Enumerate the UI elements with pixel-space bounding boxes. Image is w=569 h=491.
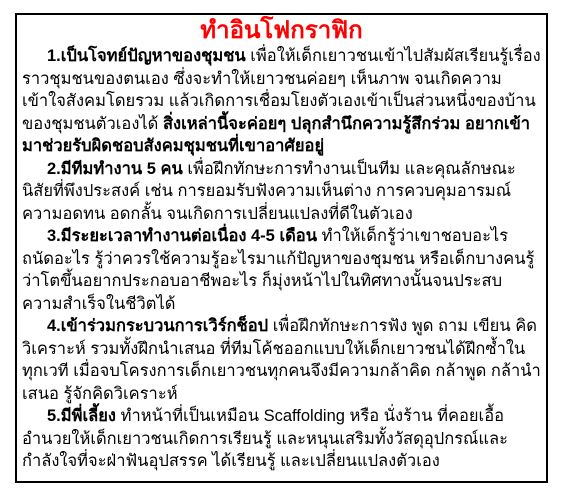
paragraph-1-lead: 1.เป็นโจทย์ปัญหาของชุมชน [47,47,246,65]
paragraph-5: 5.มีพี่เลี้ยง ทำหน้าที่เป็นเหมือน Scaffo… [22,405,541,473]
paragraph-1: 1.เป็นโจทย์ปัญหาของชุมชน เพื่อให้เด็กเยา… [22,45,541,158]
page-canvas: ทำอินโฟกราฟิก 1.เป็นโจทย์ปัญหาของชุมชน เ… [0,0,569,491]
paragraph-2-lead: 2.มีทีมทำงาน 5 คน [47,160,183,178]
paragraph-4-lead: 4.เข้าร่วมกระบวนการเวิร์กช็อป [47,317,268,335]
paragraph-3: 3.มีระยะเวลาทำงานต่อเนื่อง 4-5 เดือน ทำใ… [22,225,541,315]
paragraph-4: 4.เข้าร่วมกระบวนการเวิร์กช็อป เพื่อฝึกทั… [22,315,541,405]
paragraph-2: 2.มีทีมทำงาน 5 คน เพื่อฝึกทักษะการทำงานเ… [22,158,541,226]
paragraph-3-lead: 3.มีระยะเวลาทำงานต่อเนื่อง 4-5 เดือน [47,227,317,245]
page-title: ทำอินโฟกราฟิก [22,16,541,45]
paragraph-5-lead: 5.มีพี่เลี้ยง [47,407,116,425]
document-frame: ทำอินโฟกราฟิก 1.เป็นโจทย์ปัญหาของชุมชน เ… [15,13,548,483]
